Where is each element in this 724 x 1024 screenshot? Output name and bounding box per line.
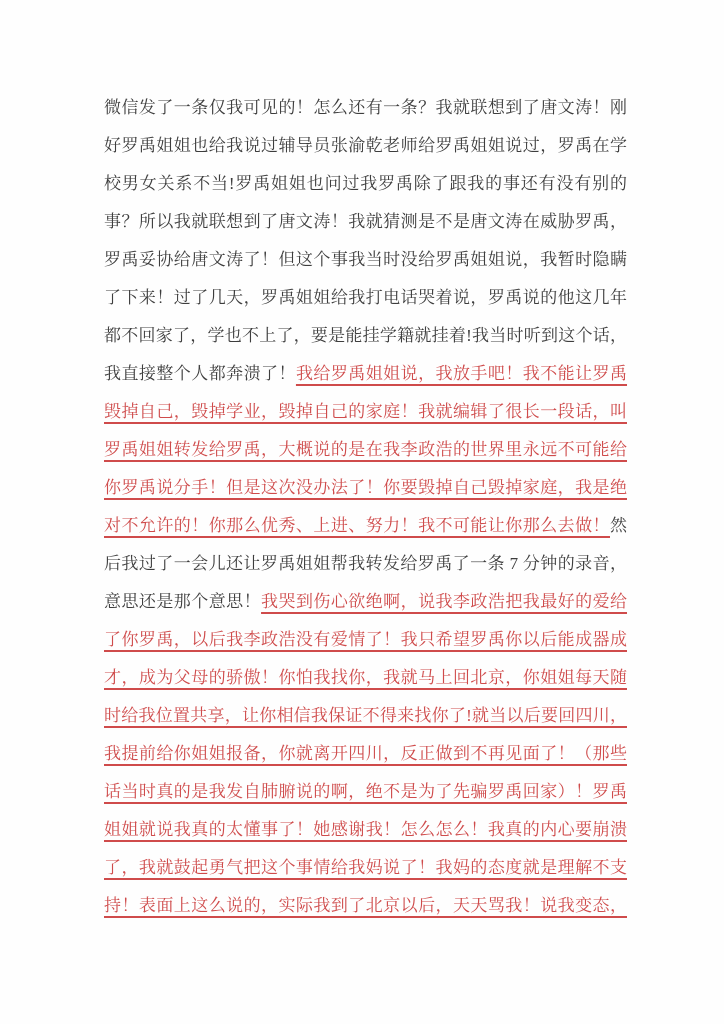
text-line: 意思还是那个意思！我哭到伤心欲绝啊，说我李政浩把我最好的爱给 — [104, 583, 627, 621]
text-line: 微信发了一条仅我可见的！怎么还有一条？我就联想到了唐文涛！刚 — [104, 89, 627, 127]
body-text: 我直接整个人都奔溃了！ — [104, 364, 296, 383]
body-text: 校男女关系不当!罗禹姐姐也问过我罗禹除了跟我的事还有没有别的 — [104, 174, 627, 193]
body-text: 然 — [610, 516, 627, 535]
text-line: 我直接整个人都奔溃了！我给罗禹姐姐说，我放手吧！我不能让罗禹 — [104, 355, 627, 393]
red-underlined-text: 了你罗禹，以后我李政浩没有爱情了！我只希望罗禹你以后能成器成 — [104, 630, 627, 649]
red-underlined-text: 我给罗禹姐姐说，我放手吧！我不能让罗禹 — [296, 364, 627, 383]
red-underlined-text: 对不允许的！你那么优秀、上进、努力！我不可能让你那么去做！ — [104, 516, 610, 535]
body-text: 意思还是那个意思！ — [104, 592, 261, 611]
body-text: 都不回家了，学也不上了，要是能挂学籍就挂着!我当时听到这个话， — [104, 326, 627, 345]
red-underlined-text: 我提前给你姐姐报备，你就离开四川，反正做到不再见面了！（那些 — [104, 744, 627, 763]
body-text: 后我过了一会儿还让罗禹姐姐帮我转发给罗禹了一条 7 分钟的录音， — [104, 554, 627, 573]
red-underlined-text: 你罗禹说分手！但是这次没办法了！你要毁掉自己毁掉家庭，我是绝 — [104, 478, 627, 497]
red-underlined-text: 持！表面上这么说的，实际我到了北京以后，天天骂我！说我变态， — [104, 896, 627, 915]
red-underlined-text: 毁掉自己，毁掉学业，毁掉自己的家庭！我就编辑了很长一段话，叫 — [104, 402, 627, 421]
document-page: 微信发了一条仅我可见的！怎么还有一条？我就联想到了唐文涛！刚好罗禹姐姐也给我说过… — [0, 0, 724, 1024]
text-line: 事？所以我就联想到了唐文涛！我就猜测是不是唐文涛在威胁罗禹， — [104, 203, 627, 241]
red-underlined-text: 话当时真的是我发自肺腑说的啊，绝不是为了先骗罗禹回家）！罗禹 — [104, 782, 627, 801]
text-line: 了下来！过了几天，罗禹姐姐给我打电话哭着说，罗禹说的他这几年 — [104, 279, 627, 317]
body-text: 好罗禹姐姐也给我说过辅导员张渝乾老师给罗禹姐姐说过，罗禹在学 — [104, 136, 627, 155]
text-line: 你罗禹说分手！但是这次没办法了！你要毁掉自己毁掉家庭，我是绝 — [104, 469, 627, 507]
text-line: 罗禹姐姐转发给罗禹，大概说的是在我李政浩的世界里永远不可能给 — [104, 431, 627, 469]
document-text: 微信发了一条仅我可见的！怎么还有一条？我就联想到了唐文涛！刚好罗禹姐姐也给我说过… — [104, 89, 627, 925]
red-underlined-text: 了，我就鼓起勇气把这个事情给我妈说了！我妈的态度就是理解不支 — [104, 858, 627, 877]
text-line: 了，我就鼓起勇气把这个事情给我妈说了！我妈的态度就是理解不支 — [104, 849, 627, 887]
text-line: 姐姐就说我真的太懂事了！她感谢我！怎么怎么！我真的内心要崩溃 — [104, 811, 627, 849]
text-line: 对不允许的！你那么优秀、上进、努力！我不可能让你那么去做！然 — [104, 507, 627, 545]
body-text: 事？所以我就联想到了唐文涛！我就猜测是不是唐文涛在威胁罗禹， — [104, 212, 627, 231]
text-line: 罗禹妥协给唐文涛了！但这个事我当时没给罗禹姐姐说，我暂时隐瞒 — [104, 241, 627, 279]
text-line: 后我过了一会儿还让罗禹姐姐帮我转发给罗禹了一条 7 分钟的录音， — [104, 545, 627, 583]
red-underlined-text: 姐姐就说我真的太懂事了！她感谢我！怎么怎么！我真的内心要崩溃 — [104, 820, 627, 839]
text-line: 话当时真的是我发自肺腑说的啊，绝不是为了先骗罗禹回家）！罗禹 — [104, 773, 627, 811]
text-line: 都不回家了，学也不上了，要是能挂学籍就挂着!我当时听到这个话， — [104, 317, 627, 355]
text-line: 好罗禹姐姐也给我说过辅导员张渝乾老师给罗禹姐姐说过，罗禹在学 — [104, 127, 627, 165]
body-text: 微信发了一条仅我可见的！怎么还有一条？我就联想到了唐文涛！刚 — [104, 98, 627, 117]
red-underlined-text: 罗禹姐姐转发给罗禹，大概说的是在我李政浩的世界里永远不可能给 — [104, 440, 627, 459]
text-line: 才，成为父母的骄傲！你怕我找你，我就马上回北京，你姐姐每天随 — [104, 659, 627, 697]
body-text: 了下来！过了几天，罗禹姐姐给我打电话哭着说，罗禹说的他这几年 — [104, 288, 627, 307]
red-underlined-text: 时给我位置共享，让你相信我保证不得来找你了!就当以后要回四川， — [104, 706, 627, 725]
text-line: 校男女关系不当!罗禹姐姐也问过我罗禹除了跟我的事还有没有别的 — [104, 165, 627, 203]
red-underlined-text: 才，成为父母的骄傲！你怕我找你，我就马上回北京，你姐姐每天随 — [104, 668, 627, 687]
text-line: 持！表面上这么说的，实际我到了北京以后，天天骂我！说我变态， — [104, 887, 627, 925]
body-text: 罗禹妥协给唐文涛了！但这个事我当时没给罗禹姐姐说，我暂时隐瞒 — [104, 250, 627, 269]
text-line: 我提前给你姐姐报备，你就离开四川，反正做到不再见面了！（那些 — [104, 735, 627, 773]
red-underlined-text: 我哭到伤心欲绝啊，说我李政浩把我最好的爱给 — [261, 592, 627, 611]
text-line: 时给我位置共享，让你相信我保证不得来找你了!就当以后要回四川， — [104, 697, 627, 735]
text-line: 毁掉自己，毁掉学业，毁掉自己的家庭！我就编辑了很长一段话，叫 — [104, 393, 627, 431]
text-line: 了你罗禹，以后我李政浩没有爱情了！我只希望罗禹你以后能成器成 — [104, 621, 627, 659]
